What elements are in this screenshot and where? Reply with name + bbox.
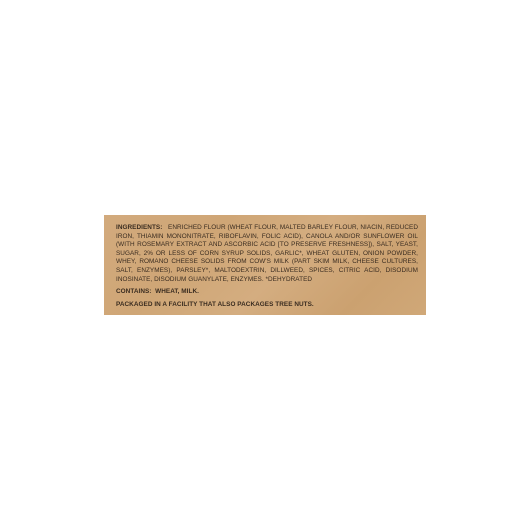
contains-text: WHEAT, MILK. [155,288,199,295]
contains-paragraph: CONTAINS: WHEAT, MILK. [116,288,418,297]
ingredients-label: INGREDIENTS: ENRICHED FLOUR (WHEAT FLOUR… [104,215,426,315]
ingredients-paragraph: INGREDIENTS: ENRICHED FLOUR (WHEAT FLOUR… [116,224,418,284]
ingredients-text: ENRICHED FLOUR (WHEAT FLOUR, MALTED BARL… [116,224,418,283]
ingredients-heading: INGREDIENTS: [116,224,162,231]
contains-heading: CONTAINS: [116,288,151,295]
facility-note: PACKAGED IN A FACILITY THAT ALSO PACKAGE… [116,301,418,310]
